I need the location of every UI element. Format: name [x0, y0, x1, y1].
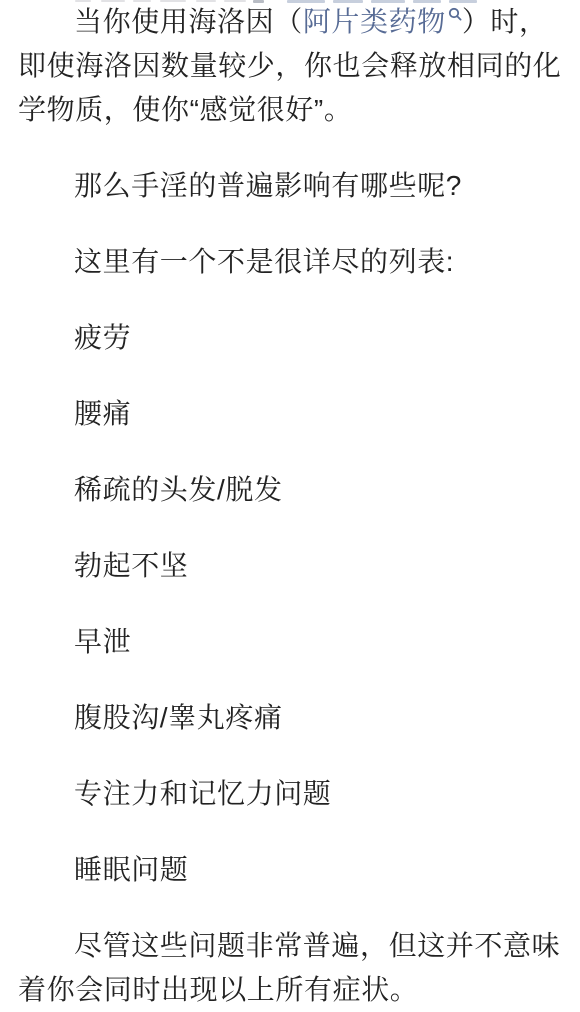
- list-item-effect: 勃起不坚: [18, 544, 564, 588]
- list-item-effect: 稀疏的头发/脱发: [18, 468, 564, 512]
- list-item-effect: 早泄: [18, 620, 564, 664]
- list-item-effect: 睡眠问题: [18, 848, 564, 892]
- opioid-link[interactable]: 阿片类药物: [303, 6, 462, 37]
- search-icon: [448, 7, 462, 21]
- list-item-effect: 腰痛: [18, 392, 564, 436]
- paragraph-list-intro: 这里有一个不是很详尽的列表:: [18, 240, 564, 284]
- paragraph-intro: 当你使用海洛因（阿片类药物 ）时，即使海洛因数量较少，你也会释放相同的化学物质，…: [18, 0, 564, 132]
- list-item-effect: 腹股沟/睾丸疼痛: [18, 696, 564, 740]
- opioid-link-label: 阿片类药物: [303, 6, 446, 37]
- paragraph-conclusion: 尽管这些问题非常普遍，但这并不意味着你会同时出现以上所有症状。: [18, 924, 564, 1012]
- list-item-effect: 疲劳: [18, 316, 564, 360]
- intro-text-before-link: 当你使用海洛因（: [74, 6, 303, 37]
- paragraph-question: 那么手淫的普遍影响有哪些呢?: [18, 164, 564, 208]
- list-item-effect: 专注力和记忆力问题: [18, 772, 564, 816]
- article-body: 当你使用海洛因（阿片类药物 ）时，即使海洛因数量较少，你也会释放相同的化学物质，…: [0, 0, 580, 1012]
